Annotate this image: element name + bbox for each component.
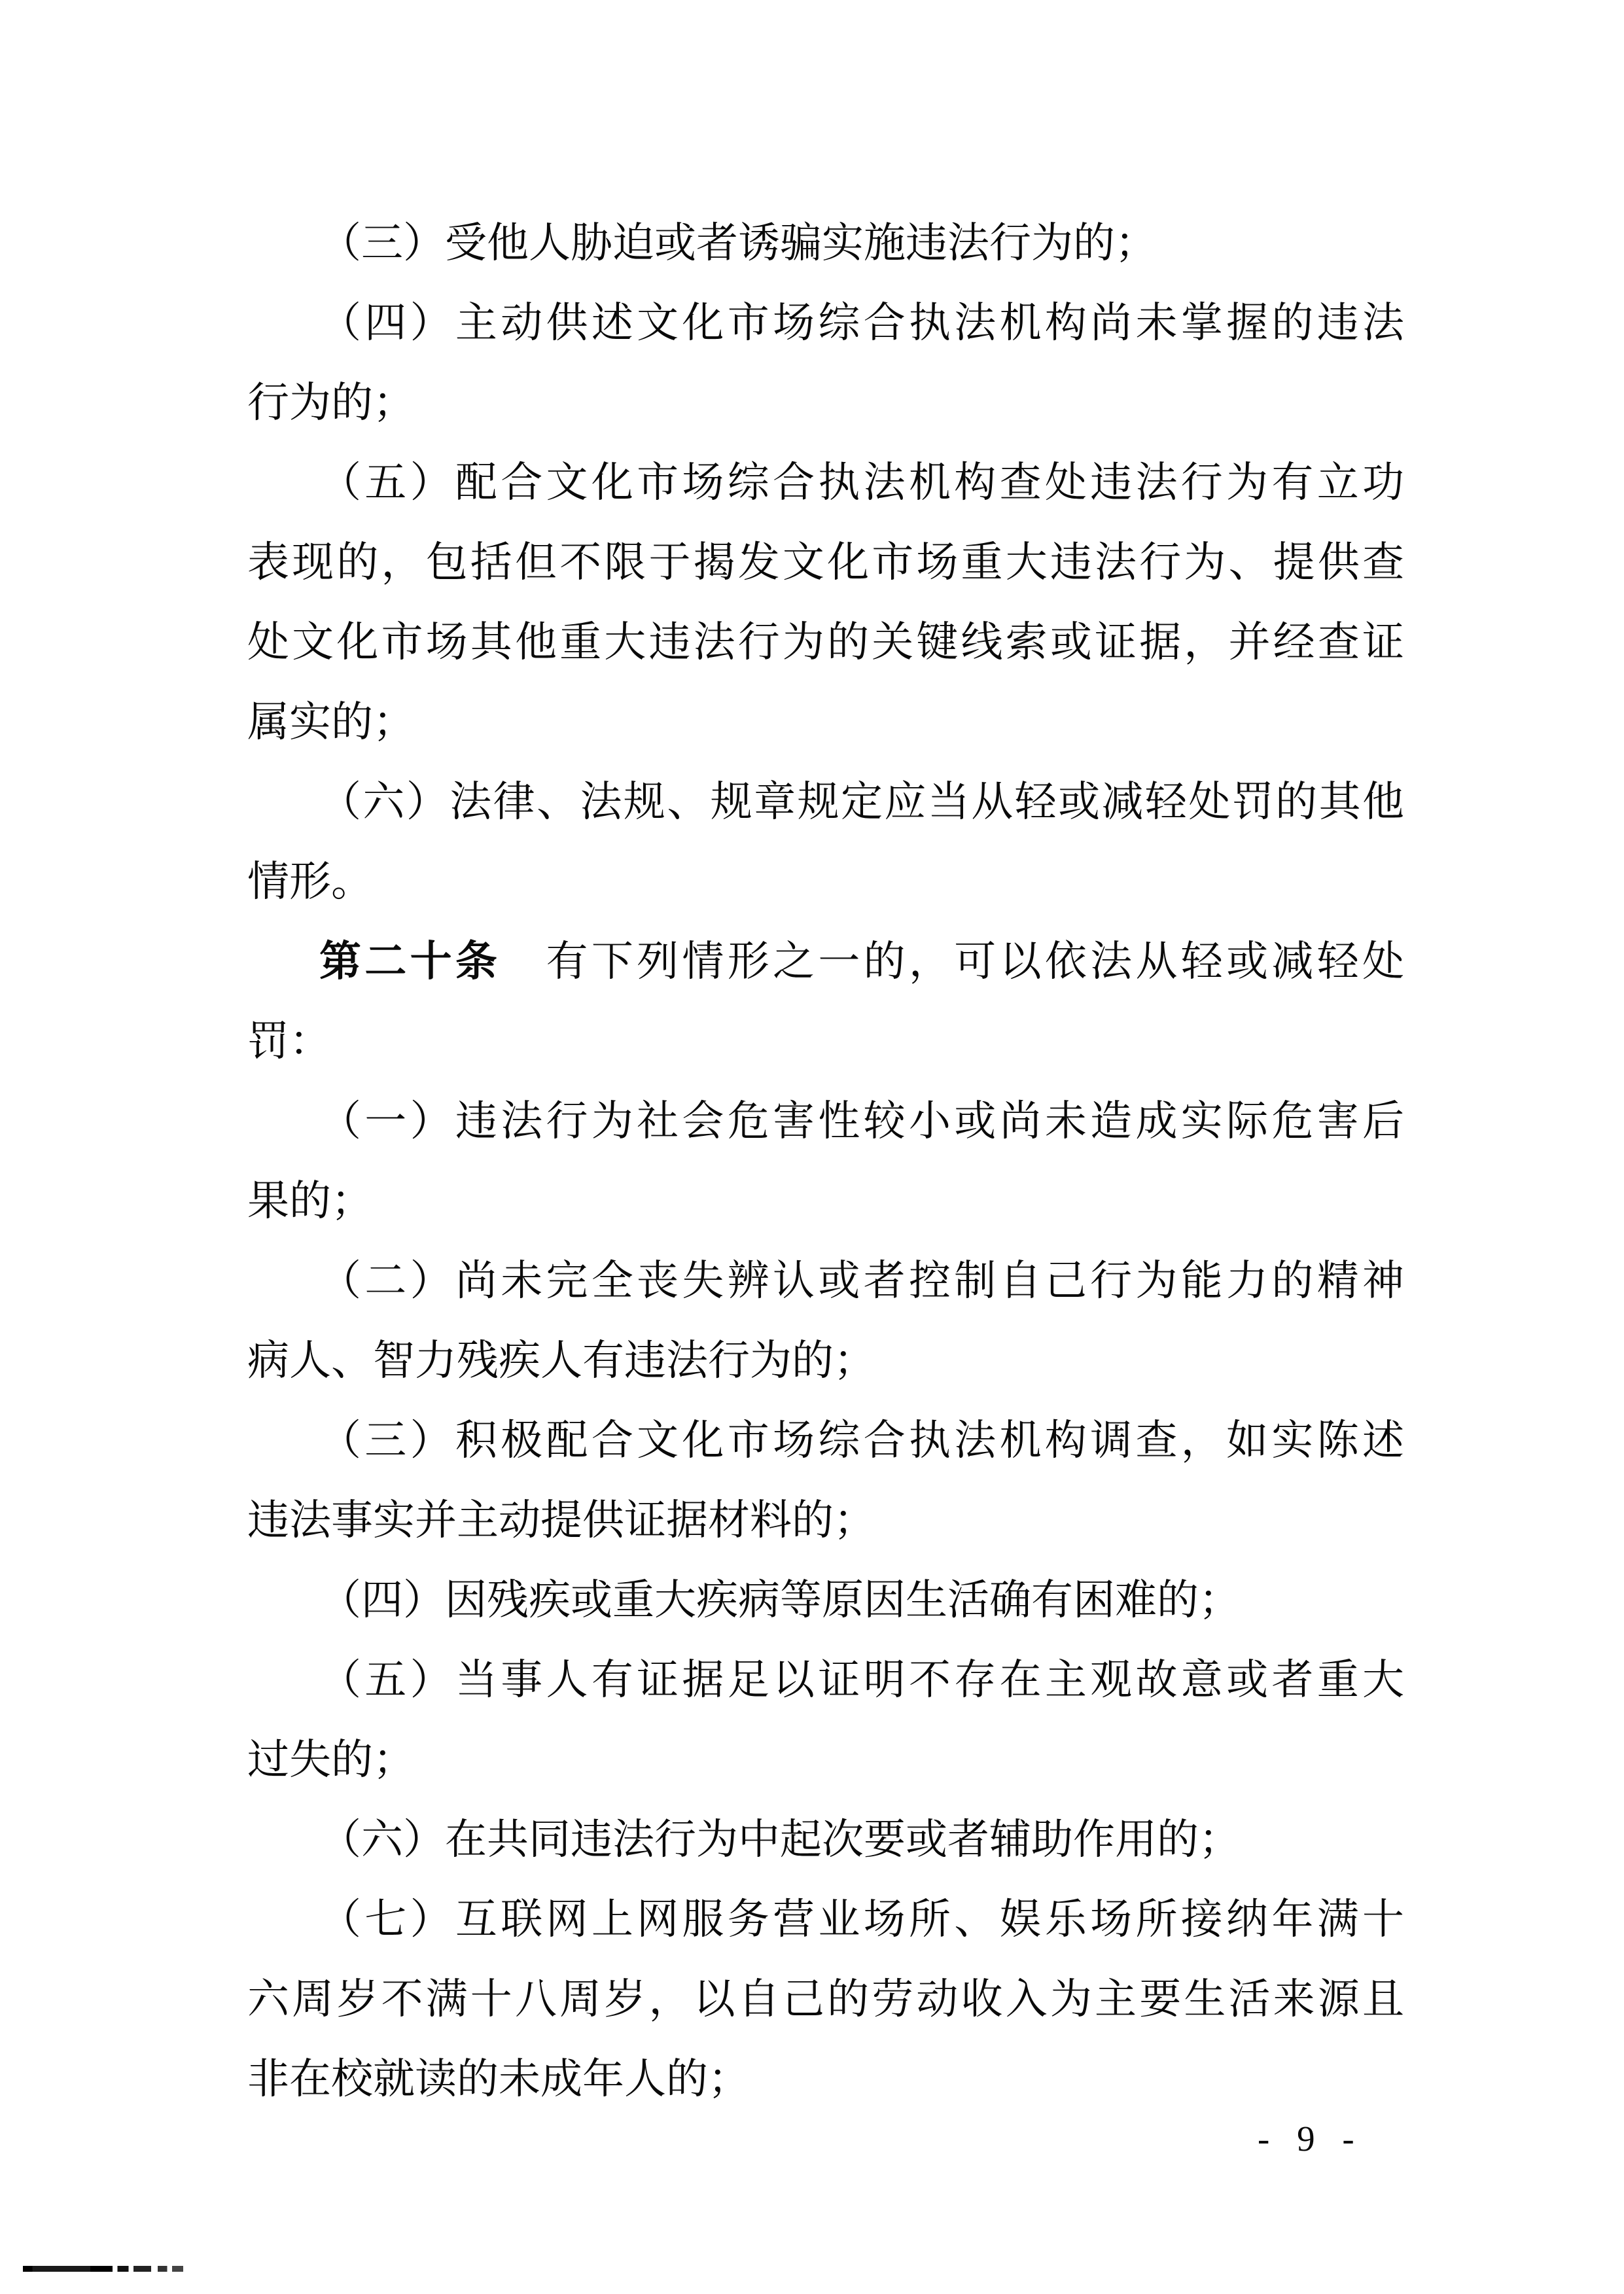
text-line: （四）因残疾或重大疾病等原因生活确有困难的；	[247, 1561, 1404, 1640]
text-line: （一）违法行为社会危害性较小或尚未造成实际危害后	[247, 1082, 1404, 1161]
article-lead-text: 有下列情形之一的，可以依法从轻或减轻处	[501, 938, 1404, 985]
text-line-article-heading: 第二十条 有下列情形之一的，可以依法从轻或减轻处	[247, 922, 1404, 1002]
text-line: （五）配合文化市场综合执法机构查处违法行为有立功	[247, 443, 1404, 523]
text-line: 表现的，包括但不限于揭发文化市场重大违法行为、提供查	[247, 523, 1404, 603]
text-line: 六周岁不满十八周岁，以自己的劳动收入为主要生活来源且	[247, 1960, 1404, 2039]
text-line: 病人、智力残疾人有违法行为的；	[247, 1321, 1404, 1401]
text-line: 非在校就读的未成年人的；	[247, 2039, 1404, 2119]
text-line: （四）主动供述文化市场综合执法机构尚未掌握的违法	[247, 283, 1404, 363]
text-line: （七）互联网上网服务营业场所、娱乐场所接纳年满十	[247, 1880, 1404, 1960]
text-line: （三）受他人胁迫或者诱骗实施违法行为的；	[247, 203, 1404, 283]
text-line: （三）积极配合文化市场综合执法机构调查，如实陈述	[247, 1401, 1404, 1481]
document-page: （三）受他人胁迫或者诱骗实施违法行为的； （四）主动供述文化市场综合执法机构尚未…	[0, 0, 1624, 2294]
text-line: 处文化市场其他重大违法行为的关键线索或证据，并经查证	[247, 603, 1404, 682]
text-line: （六）在共同违法行为中起次要或者辅助作用的；	[247, 1800, 1404, 1880]
text-line: （五）当事人有证据足以证明不存在主观故意或者重大	[247, 1640, 1404, 1720]
text-line: 情形。	[247, 842, 1404, 922]
page-number: - 9 -	[1258, 2116, 1364, 2162]
text-line: （六）法律、法规、规章规定应当从轻或减轻处罚的其他	[247, 762, 1404, 842]
text-line: 行为的；	[247, 363, 1404, 443]
text-line: 罚：	[247, 1002, 1404, 1082]
text-line: 过失的；	[247, 1720, 1404, 1800]
scan-smudge-artifact	[23, 2266, 183, 2272]
text-line: 违法事实并主动提供证据材料的；	[247, 1481, 1404, 1561]
text-line: 果的；	[247, 1161, 1404, 1241]
text-line: （二）尚未完全丧失辨认或者控制自己行为能力的精神	[247, 1241, 1404, 1321]
document-body: （三）受他人胁迫或者诱骗实施违法行为的； （四）主动供述文化市场综合执法机构尚未…	[247, 203, 1404, 2119]
text-line: 属实的；	[247, 682, 1404, 762]
article-number: 第二十条	[319, 938, 501, 985]
